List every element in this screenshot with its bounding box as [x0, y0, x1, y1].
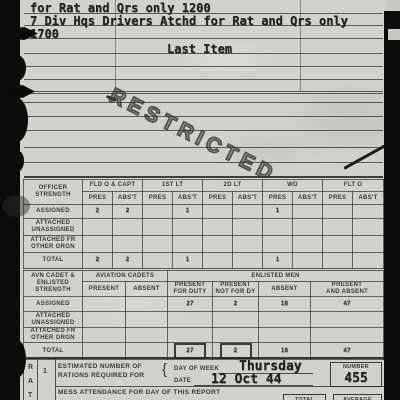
fill-in-underline — [194, 385, 313, 386]
officer-cell: 2 — [83, 205, 113, 219]
ruled-line — [24, 91, 383, 92]
officer-cell — [263, 219, 293, 236]
subhead-pres: PRES — [83, 192, 113, 205]
row-label-assigned: ASSIGNED — [24, 205, 83, 219]
vertical-strip-letter: A — [28, 378, 33, 385]
avn-cell: 2 — [213, 297, 259, 312]
subhead-absent: ABSENT — [259, 282, 311, 297]
row-label-assigned: ASSIGNED — [24, 297, 83, 312]
film-blob — [10, 150, 24, 172]
officer-cell — [293, 236, 323, 253]
officer-cell — [143, 219, 173, 236]
subhead-present-not-for-dy: PRESENT NOT FOR DY — [213, 282, 259, 297]
scanned-morning-report: for Rat and Qrs only 1200 7 Div Hqs Driv… — [0, 0, 400, 400]
subhead-present-for-duty: PRESENT FOR DUTY — [168, 282, 213, 297]
officer-cell — [293, 219, 323, 236]
col-group-flt-o: FLT O — [323, 180, 384, 192]
film-edge-gap — [387, 0, 400, 11]
row-label-attached-unassigned: ATTACHED UNASSIGNED — [24, 219, 83, 236]
officer-cell — [83, 236, 113, 253]
brace-glyph: { — [162, 361, 167, 378]
subhead-present: PRESENT — [83, 282, 126, 297]
film-edge-notch — [388, 29, 400, 40]
col-group-fld-o-capt: FLD O & CAPT — [83, 180, 143, 192]
officer-cell — [323, 219, 353, 236]
officer-cell: 1 — [173, 253, 203, 269]
officer-cell — [143, 205, 173, 219]
officer-cell: 1 — [263, 205, 293, 219]
date-label: DATE — [174, 378, 191, 384]
officer-cell: 2 — [113, 205, 143, 219]
col-group-aviation-cadets: AVIATION CADETS — [83, 271, 168, 282]
ruled-line — [24, 93, 383, 94]
subhead-pres: PRES — [143, 192, 173, 205]
ruled-line — [24, 79, 383, 80]
estimate-label-line2: RATIONS REQUIRED FOR — [58, 372, 144, 379]
officer-strength-table: OFFICER STRENGTH FLD O & CAPT 1ST LT 2D … — [23, 179, 384, 269]
officer-cell — [323, 236, 353, 253]
officer-cell — [173, 219, 203, 236]
film-blob — [6, 98, 28, 142]
officer-cell — [83, 219, 113, 236]
subhead-absent: ABSENT — [126, 282, 168, 297]
officer-cell: 1 — [263, 253, 293, 269]
ruled-line — [24, 66, 383, 67]
mess-average-box: AVERAGE — [333, 394, 382, 400]
officer-cell — [293, 253, 323, 269]
mess-total-box: TOTAL — [283, 394, 326, 400]
item-number: 1 — [43, 368, 47, 375]
enlisted-strength-table: AVN CADET & ENLISTED STRENGTH AVIATION C… — [23, 270, 384, 360]
avn-cell — [126, 328, 168, 343]
officer-cell — [173, 236, 203, 253]
avn-cell: 47 — [311, 297, 384, 312]
estimate-label-line1: ESTIMATED NUMBER OF — [58, 363, 142, 370]
avn-cell — [259, 312, 311, 328]
officer-cell — [353, 253, 384, 269]
subhead-text: PRESENT FOR DUTY — [168, 282, 212, 296]
officer-cell — [323, 205, 353, 219]
mess-attendance-label: MESS ATTENDANCE FOR DAY OF THIS REPORT — [58, 389, 220, 396]
last-item-note: Last Item — [167, 42, 232, 56]
section-divider-line — [24, 176, 383, 178]
film-blob — [8, 340, 26, 378]
officer-cell — [323, 253, 353, 269]
officer-cell — [353, 219, 384, 236]
officer-cell: 2 — [113, 253, 143, 269]
officer-cell — [233, 236, 263, 253]
officer-table-title: OFFICER STRENGTH — [24, 180, 83, 205]
film-smudge — [2, 195, 30, 217]
number-box-value: 455 — [331, 371, 381, 386]
officer-cell — [113, 236, 143, 253]
officer-cell — [263, 236, 293, 253]
ruled-line — [24, 162, 383, 163]
cell-divider — [37, 359, 38, 400]
row-label-attached-fr-other-orgn: ATTACHED FR OTHER ORGN — [24, 328, 83, 343]
subhead-abst: ABS'T — [353, 192, 384, 205]
officer-cell: 1 — [173, 205, 203, 219]
avn-cell — [311, 328, 384, 343]
subhead-pres: PRES — [323, 192, 353, 205]
avn-cell — [126, 297, 168, 312]
vertical-strip-letter: T — [28, 392, 33, 399]
avn-cell — [311, 312, 384, 328]
avn-cell — [83, 328, 126, 343]
subhead-abst: ABS'T — [173, 192, 203, 205]
officer-cell — [203, 236, 233, 253]
subhead-abst: ABS'T — [233, 192, 263, 205]
officer-cell — [353, 205, 384, 219]
officer-cell — [353, 236, 384, 253]
officer-cell — [113, 219, 143, 236]
avn-cell — [168, 312, 213, 328]
officer-cell — [203, 219, 233, 236]
officer-cell — [233, 253, 263, 269]
typed-line-2: 7 Div Hqs Drivers Atchd for Rat and Qrs … — [30, 14, 348, 28]
avn-cell — [259, 328, 311, 343]
subhead-abst: ABS'T — [113, 192, 143, 205]
avn-table-title: AVN CADET & ENLISTED STRENGTH — [24, 271, 83, 297]
row-label-attached-fr-other-orgn: ATTACHED FR OTHER ORGN — [24, 236, 83, 253]
film-edge-right — [384, 11, 400, 400]
avn-cell — [213, 328, 259, 343]
subhead-abst: ABS'T — [293, 192, 323, 205]
officer-cell — [143, 236, 173, 253]
officer-cell — [233, 219, 263, 236]
avn-cell — [168, 328, 213, 343]
row-label-attached-unassigned: ATTACHED UNASSIGNED — [24, 312, 83, 328]
col-group-enlisted-men: ENLISTED MEN — [168, 271, 384, 282]
subhead-text: PRESENT AND ABSENT — [324, 282, 370, 296]
officer-cell — [293, 205, 323, 219]
col-group-1st-lt: 1ST LT — [143, 180, 203, 192]
ruled-line — [24, 102, 383, 103]
subhead-pres: PRES — [203, 192, 233, 205]
row-label-total: TOTAL — [24, 253, 83, 269]
number-box: NUMBER 455 — [330, 362, 382, 387]
rations-section: R A T 1 ESTIMATED NUMBER OF RATIONS REQU… — [23, 357, 384, 400]
avn-cell — [83, 297, 126, 312]
ruled-line — [24, 116, 383, 117]
avn-cell: 27 — [168, 297, 213, 312]
avn-cell: 18 — [259, 297, 311, 312]
subhead-pres: PRES — [263, 192, 293, 205]
avn-cell — [83, 312, 126, 328]
ruled-line — [24, 38, 383, 39]
col-group-wo: WO — [263, 180, 323, 192]
officer-cell — [233, 205, 263, 219]
avn-cell — [213, 312, 259, 328]
avn-cell — [126, 312, 168, 328]
film-blob — [8, 55, 26, 81]
subhead-present-and-absent: PRESENT AND ABSENT — [311, 282, 384, 297]
cell-divider — [55, 359, 56, 400]
officer-cell — [203, 205, 233, 219]
officer-cell: 2 — [83, 253, 113, 269]
officer-cell — [203, 253, 233, 269]
col-group-2d-lt: 2D LT — [203, 180, 263, 192]
vertical-strip-letter: R — [28, 364, 33, 371]
subhead-text: PRESENT NOT FOR DY — [213, 282, 258, 296]
officer-cell — [143, 253, 173, 269]
number-box-label: NUMBER — [331, 364, 381, 370]
